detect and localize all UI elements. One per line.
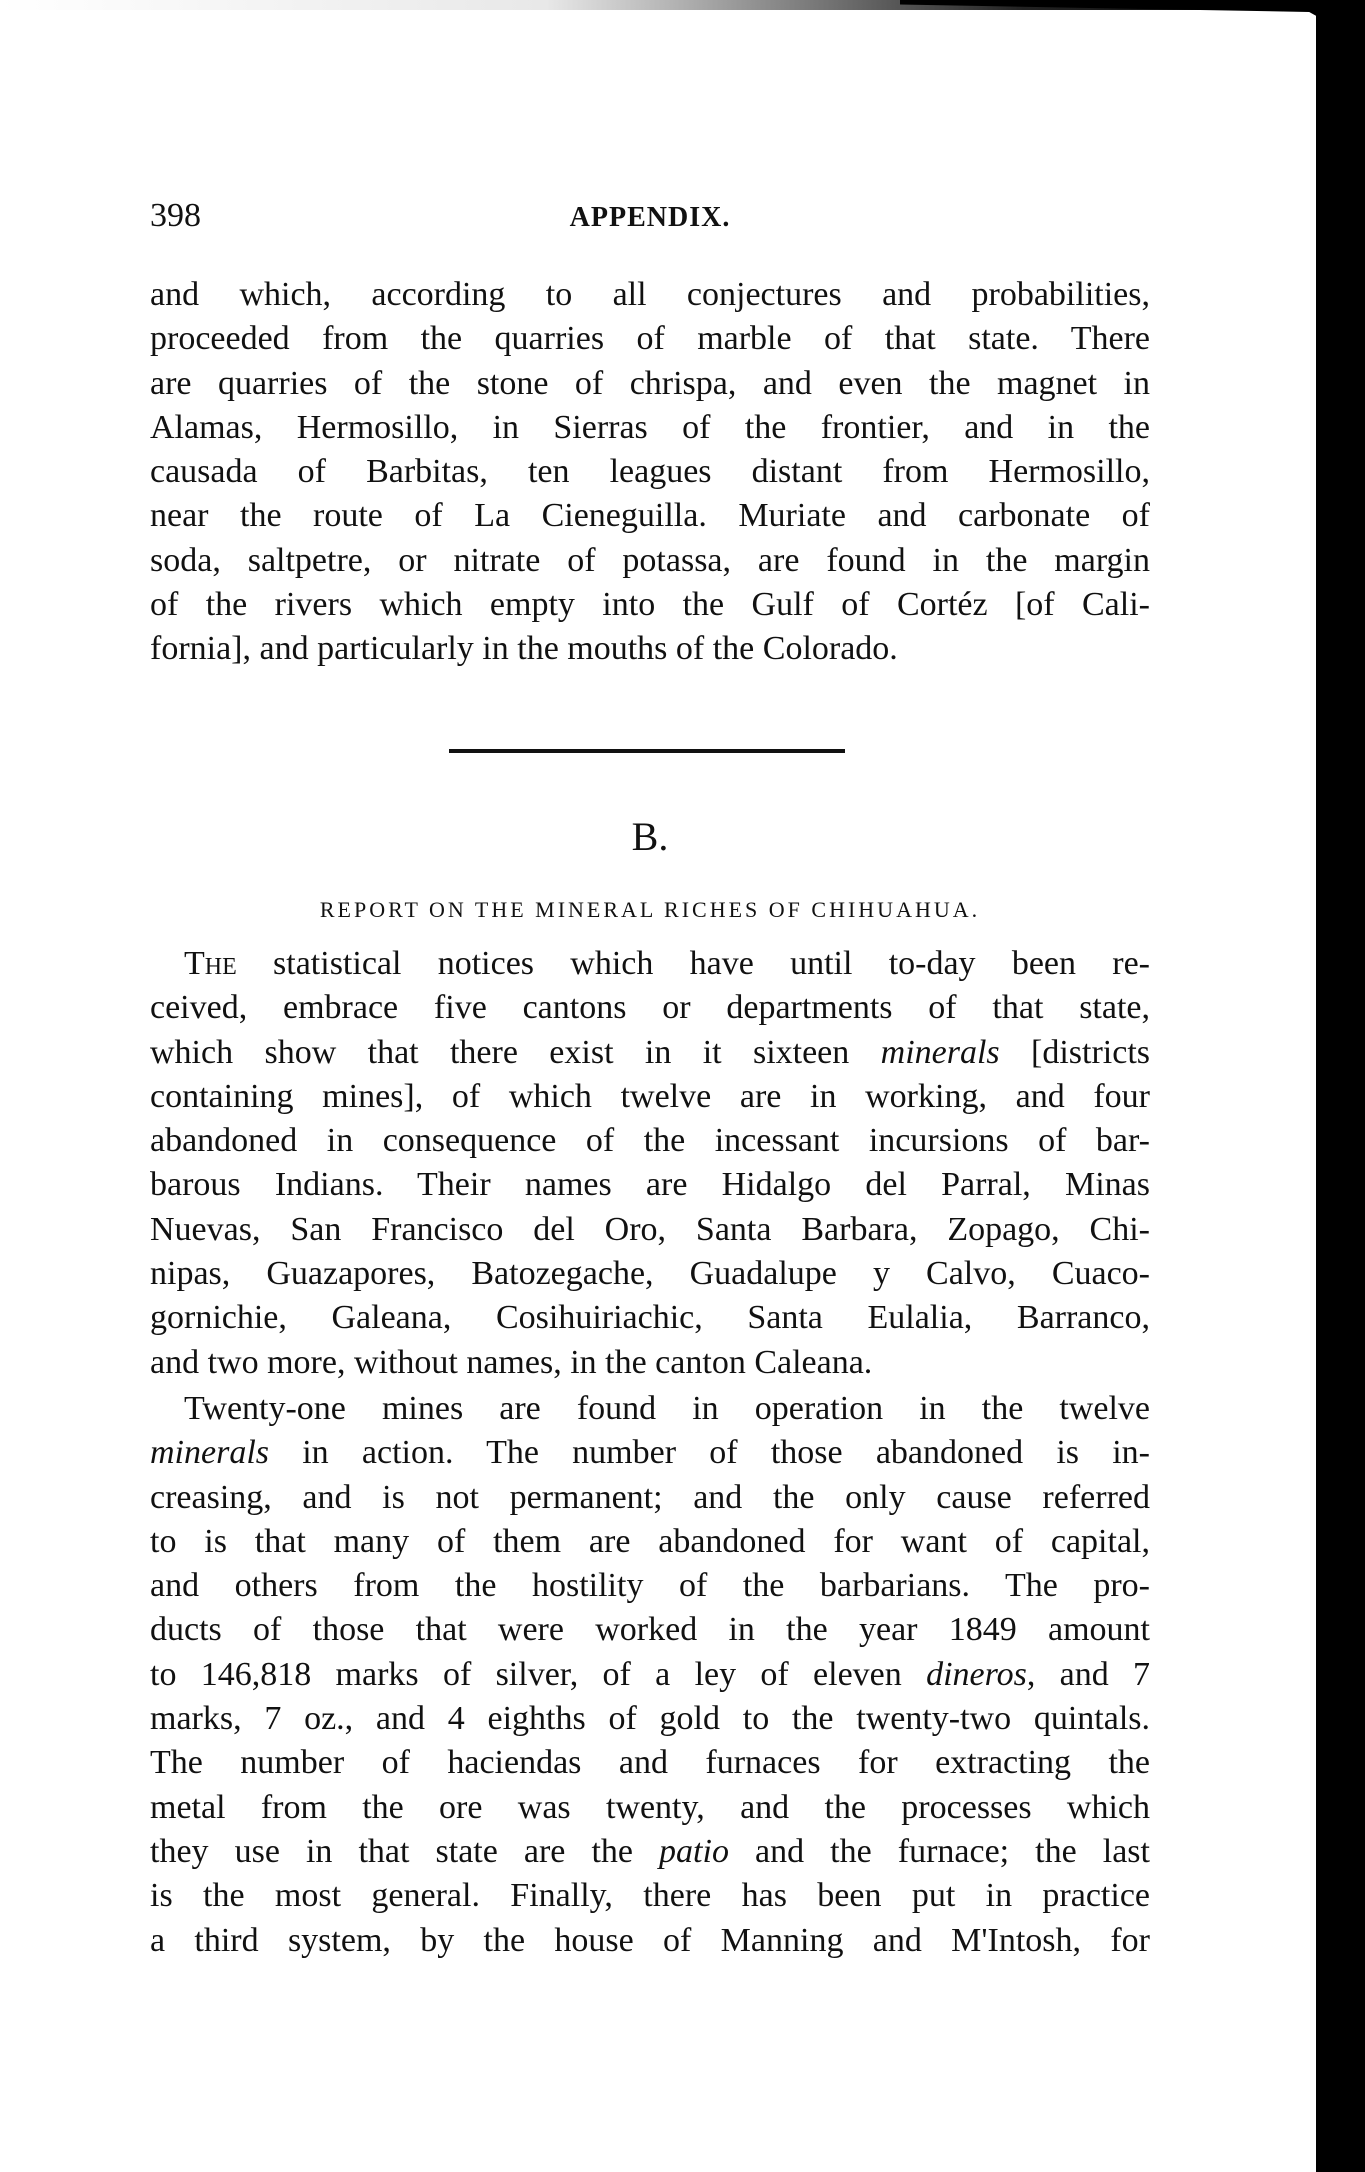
drop-word: The (184, 945, 237, 982)
text-line: The number of haciendas and furnaces for… (150, 1741, 1150, 1785)
running-head: 398 APPENDIX. (150, 196, 1150, 236)
text-line: Alamas, Hermosillo, in Sierras of the fr… (150, 406, 1150, 450)
text-line: abandoned in consequence of the incessan… (150, 1119, 1150, 1163)
text-line: and others from the hostility of the bar… (150, 1564, 1150, 1608)
text-line: creasing, and is not permanent; and the … (150, 1476, 1150, 1520)
paragraph-continued: and which, according to all conjectures … (150, 273, 1150, 672)
text-span: they use in that state are the (150, 1833, 659, 1870)
text-line: nipas, Guazapores, Batozegache, Guadalup… (150, 1252, 1150, 1296)
text-line: is the most general. Finally, there has … (150, 1874, 1150, 1918)
text-line: and two more, without names, in the cant… (150, 1341, 1150, 1385)
text-line: proceeded from the quarries of marble of… (150, 317, 1150, 361)
text-line: metal from the ore was twenty, and the p… (150, 1786, 1150, 1830)
text-span: [districts (1000, 1034, 1150, 1071)
text-span: and the furnace; the last (729, 1833, 1150, 1870)
scan-right-edge-shadow (1316, 0, 1365, 2172)
text-span: statistical notices which have until to-… (237, 945, 1150, 982)
paragraph-mines-in-operation: Twenty-one mines are found in operation … (150, 1387, 1150, 1963)
section-title: REPORT ON THE MINERAL RICHES OF CHIHUAHU… (150, 893, 1150, 927)
text-line: are quarries of the stone of chrispa, an… (150, 362, 1150, 406)
section-divider-rule (449, 749, 845, 753)
text-line: they use in that state are the patio and… (150, 1830, 1150, 1874)
text-line: to is that many of them are abandoned fo… (150, 1520, 1150, 1564)
running-head-title: APPENDIX. (150, 198, 1150, 238)
text-line: Nuevas, San Francisco del Oro, Santa Bar… (150, 1208, 1150, 1252)
text-line: causada of Barbitas, ten leagues distant… (150, 450, 1150, 494)
text-span: to 146,818 marks of silver, of a ley of … (150, 1656, 926, 1693)
text-line: The statistical notices which have until… (150, 942, 1150, 986)
text-line: ducts of those that were worked in the y… (150, 1608, 1150, 1652)
text-line: barous Indians. Their names are Hidalgo … (150, 1163, 1150, 1207)
text-line: which show that there exist in it sixtee… (150, 1031, 1150, 1075)
text-span: in action. The number of those abandoned… (269, 1434, 1150, 1471)
text-line: to 146,818 marks of silver, of a ley of … (150, 1653, 1150, 1697)
paragraph-statistical-notices: The statistical notices which have until… (150, 942, 1150, 1385)
text-line: minerals in action. The number of those … (150, 1431, 1150, 1475)
text-line: ceived, embrace five cantons or departme… (150, 986, 1150, 1030)
italic-term: dineros (926, 1656, 1027, 1693)
italic-term: minerals (150, 1434, 269, 1471)
scan-top-right-shadow (900, 0, 1365, 30)
text-line: Twenty-one mines are found in operation … (150, 1387, 1150, 1431)
text-line: of the rivers which empty into the Gulf … (150, 583, 1150, 627)
text-span: which show that there exist in it sixtee… (150, 1034, 881, 1071)
italic-term: minerals (881, 1034, 1000, 1071)
text-line: a third system, by the house of Manning … (150, 1919, 1150, 1963)
text-line: marks, 7 oz., and 4 eighths of gold to t… (150, 1697, 1150, 1741)
section-letter: B. (150, 812, 1150, 862)
text-line: and which, according to all conjectures … (150, 273, 1150, 317)
text-line: fornia], and particularly in the mouths … (150, 627, 1150, 671)
text-line: containing mines], of which twelve are i… (150, 1075, 1150, 1119)
text-span: , and 7 (1027, 1656, 1150, 1693)
text-line: near the route of La Cieneguilla. Muriat… (150, 494, 1150, 538)
text-line: gornichie, Galeana, Cosihuiriachic, Sant… (150, 1296, 1150, 1340)
italic-term: patio (659, 1833, 729, 1870)
text-line: soda, saltpetre, or nitrate of potassa, … (150, 539, 1150, 583)
